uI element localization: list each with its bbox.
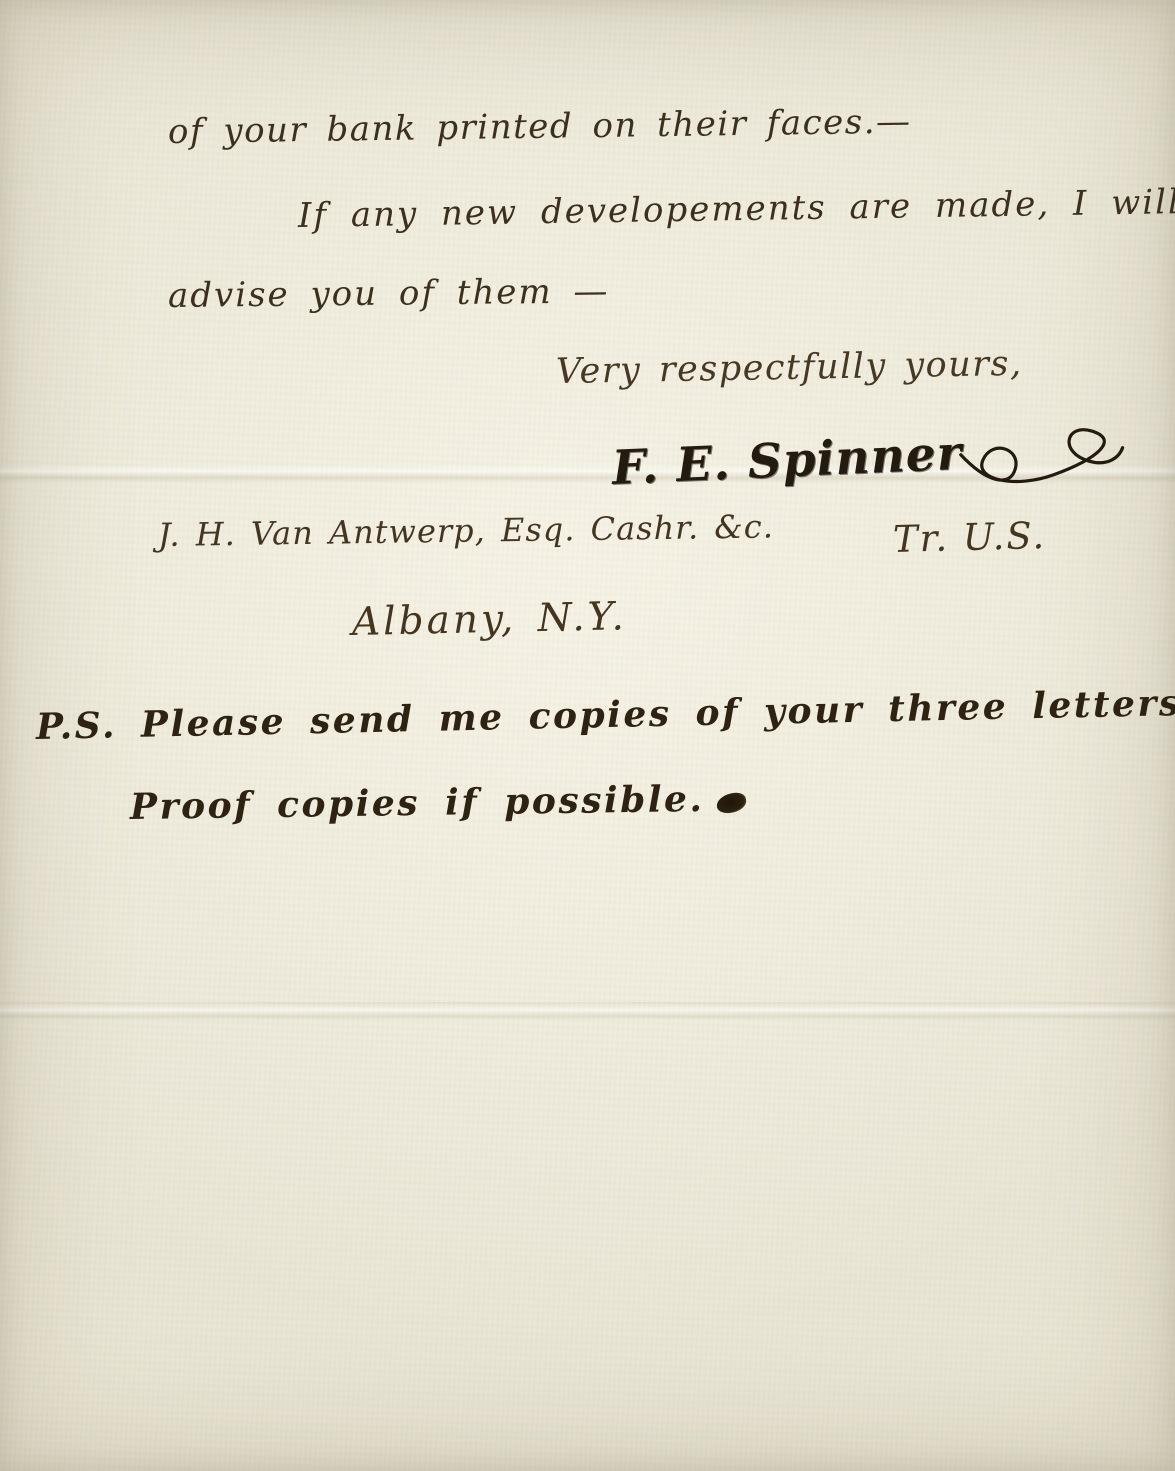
body-line-3: advise you of them — — [168, 271, 610, 316]
postscript-line-2-text: Proof copies if possible. — [130, 778, 705, 828]
closing-line: Very respectfully yours, — [556, 344, 1023, 392]
body-line-1: of your bank printed on their faces.— — [168, 102, 912, 152]
postscript-line-2: Proof copies if possible. — [130, 777, 746, 828]
signature-flourish — [955, 410, 1129, 503]
signature-title: Tr. U.S. — [892, 514, 1046, 561]
ink-blot — [714, 790, 747, 815]
signature: F. E. Spinner — [611, 425, 964, 495]
postscript-line-1: P.S. Please send me copies of your three… — [36, 681, 1175, 748]
recipient-name-line: J. H. Van Antwerp, Esq. Cashr. &c. — [158, 507, 774, 554]
letter-sheet: of your bank printed on their faces.— If… — [0, 0, 1175, 1471]
fold-crease-lower — [0, 1002, 1175, 1020]
body-line-2: If any new developements are made, I wil… — [298, 182, 1175, 236]
recipient-place-line: Albany, N.Y. — [352, 594, 628, 645]
signature-block: F. E. Spinner — [610, 396, 1128, 518]
